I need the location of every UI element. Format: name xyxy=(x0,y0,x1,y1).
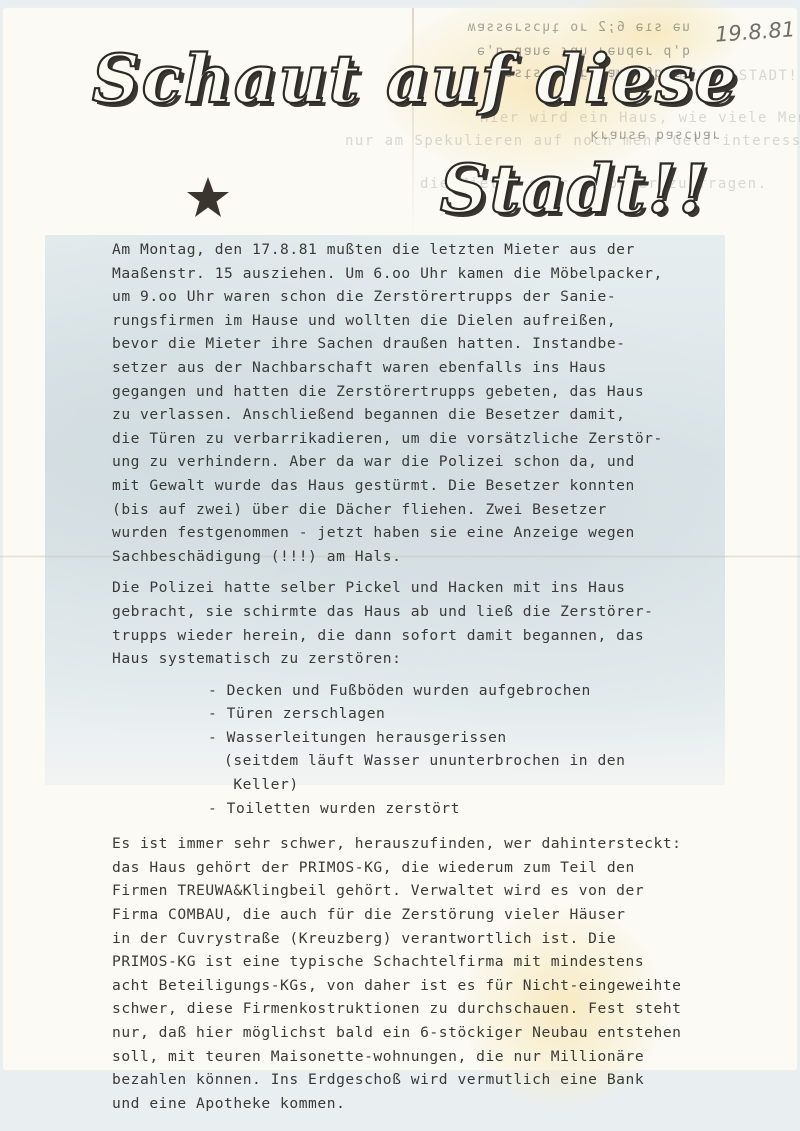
text-line: bevor die Mieter ihre Sachen draußen hat… xyxy=(112,332,752,356)
text-line: schwer, diese Firmenkostruktionen zu dur… xyxy=(112,997,752,1021)
mirrored-text: ɹɐɥɔsɐq əsuɐɹʞ xyxy=(589,128,720,143)
text-line: (bis auf zwei) über die Dächer fliehen. … xyxy=(112,498,752,522)
text-line: acht Beteiligungs-KGs, von daher ist es … xyxy=(112,974,752,998)
text-line: in der Cuvrystraße (Kreuzberg) verantwor… xyxy=(112,927,752,951)
text-line: zu verlassen. Anschließend begannen die … xyxy=(112,403,752,427)
text-line: Firmen TREUWA&Klingbeil gehört. Verwalte… xyxy=(112,879,752,903)
list-item-text: - Wasserleitungen herausgerissen xyxy=(208,729,507,746)
headline-line-2: Stadt!! xyxy=(440,150,710,228)
text-line: gegangen und hatten die Zerstörertrupps … xyxy=(112,380,752,404)
paragraph-eviction: Am Montag, den 17.8.81 mußten die letzte… xyxy=(112,238,752,568)
text-line: trupps wieder herein, die dann sofort da… xyxy=(112,624,752,648)
list-item: - Türen zerschlagen xyxy=(208,702,752,726)
mirrored-text: uə sıə 6;2 ɹo ʇɥɔsɹəssɐʍ xyxy=(466,20,690,35)
text-line: das Haus gehört der PRIMOS-KG, die wiede… xyxy=(112,856,752,880)
text-line: Maaßenstr. 15 ausziehen. Um 6.oo Uhr kam… xyxy=(112,262,752,286)
text-line: mit Gewalt wurde das Haus gestürmt. Die … xyxy=(112,474,752,498)
list-item: - Decken und Fußböden wurden aufgebroche… xyxy=(208,679,752,703)
text-line: setzer aus der Nachbarschaft waren ebenf… xyxy=(112,356,752,380)
text-line: Firma COMBAU, die auch für die Zerstörun… xyxy=(112,903,752,927)
text-line: die Türen zu verbarrikadieren, um die vo… xyxy=(112,427,752,451)
headline-line-1: Schaut auf diese xyxy=(92,40,739,118)
text-line: Die Polizei hatte selber Pickel und Hack… xyxy=(112,576,752,600)
paragraph-police: Die Polizei hatte selber Pickel und Hack… xyxy=(112,576,752,670)
show-through-text: nur am Spekulieren auf noch mehr Geld in… xyxy=(345,133,800,149)
list-item-text: - Decken und Fußböden wurden aufgebroche… xyxy=(208,682,591,699)
text-line: Es ist immer sehr schwer, herauszufinden… xyxy=(112,832,752,856)
text-line: ung zu verhindern. Aber da war die Poliz… xyxy=(112,450,752,474)
text-line: wurden festgenommen - jetzt haben sie ei… xyxy=(112,521,752,545)
text-line: gebracht, sie schirmte das Haus ab und l… xyxy=(112,600,752,624)
text-line: bezahlen können. Ins Erdgeschoß wird ver… xyxy=(112,1068,752,1092)
star-icon xyxy=(186,176,230,218)
text-line: rungsfirmen im Hause und wollten die Die… xyxy=(112,309,752,333)
list-item-text: - Toiletten wurden zerstört xyxy=(208,800,460,817)
text-line: PRIMOS-KG ist eine typische Schachtelfir… xyxy=(112,950,752,974)
list-item: - Wasserleitungen herausgerissen(seitdem… xyxy=(208,726,752,797)
text-line: Sachbeschädigung (!!!) am Hals. xyxy=(112,545,752,569)
text-line: Am Montag, den 17.8.81 mußten die letzte… xyxy=(112,238,752,262)
paragraph-owners: Es ist immer sehr schwer, herauszufinden… xyxy=(112,832,752,1115)
list-item: - Toiletten wurden zerstört xyxy=(208,797,752,821)
list-item-continuation: Keller) xyxy=(208,773,752,797)
text-line: Haus systematisch zu zerstören: xyxy=(112,647,752,671)
destruction-list: - Decken und Fußböden wurden aufgebroche… xyxy=(208,679,752,821)
flyer-body: Am Montag, den 17.8.81 mußten die letzte… xyxy=(112,238,752,1123)
list-item-continuation: (seitdem läuft Wasser ununterbrochen in … xyxy=(208,749,752,773)
text-line: soll, mit teuren Maisonette-wohnungen, d… xyxy=(112,1045,752,1069)
text-line: nur, daß hier möglichst bald ein 6-stöck… xyxy=(112,1021,752,1045)
text-line: um 9.oo Uhr waren schon die Zerstörertru… xyxy=(112,285,752,309)
list-item-text: - Türen zerschlagen xyxy=(208,705,385,722)
text-line: und eine Apotheke kommen. xyxy=(112,1092,752,1116)
